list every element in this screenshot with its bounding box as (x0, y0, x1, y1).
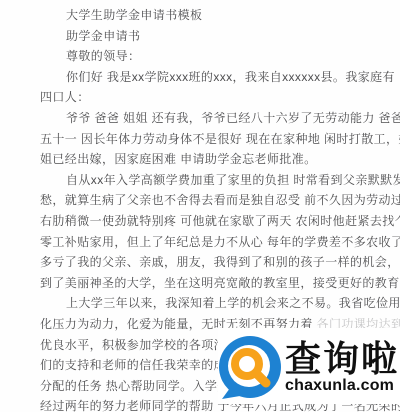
doc-line-text: 多亏了我的父亲、亲戚，朋友，我得到了和别的孩子一样的机会，来 (40, 255, 400, 269)
doc-line-text: 上大学三年以来，我深知着上学的机会来之不易。我省吃俭用， (66, 296, 400, 310)
watermark-brand-text: 查询啦 (285, 338, 399, 380)
doc-line: 尊敬的领导： (0, 46, 400, 67)
doc-line: 大学生助学金申请书模板 (0, 5, 400, 26)
doc-line-text: 尊敬的领导： (66, 49, 140, 63)
doc-line-text: 零工补贴家用，但上了年纪总是力不从心 每年的学费差不多农收了。 (40, 235, 400, 249)
chaxunla-magnifier-logo-icon (218, 336, 282, 400)
doc-line-text: 到了美丽神圣的大学，坐在这明亮宽敞的教室里，接受更好的教育。 (40, 276, 400, 290)
doc-line: 助学金申请书 (0, 26, 400, 47)
doc-line-text: 右肋稍微一使劲就特别疼 可他就在家歇了两天 农闲时他赶紧去找个 (40, 214, 400, 228)
doc-line-text: 大学生助学金申请书模板 (66, 8, 202, 22)
doc-line: 右肋稍微一使劲就特别疼 可他就在家歇了两天 农闲时他赶紧去找个 (0, 211, 400, 232)
doc-line-text: 四口人： (40, 90, 90, 104)
document-page: 大学生助学金申请书模板 助学金申请书 尊敬的领导： 你们好 我是xx学院xxx班… (0, 0, 400, 412)
watermark-domain-text: chaxunla.com (285, 377, 399, 394)
doc-line: 姐已经出嫁，因家庭困难 申请助学金忘老师批准。 (0, 149, 400, 170)
doc-line-text: 自从xx年入学高额学费加重了家里的负担 时常看到父亲默默发 (66, 173, 400, 187)
watermark-text-block: 查询啦 chaxunla.com (285, 338, 399, 394)
doc-line: 到了美丽神圣的大学，坐在这明亮宽敞的教室里，接受更好的教育。 (0, 273, 400, 294)
doc-line: 上大学三年以来，我深知着上学的机会来之不易。我省吃俭用， (0, 293, 400, 314)
doc-line: 五十一 因长年体力劳动身体不是很好 现在在家种地 闲时打散工，姐 (0, 129, 400, 150)
doc-line-text: 助学金申请书 (66, 29, 140, 43)
doc-line: 四口人： (0, 87, 400, 108)
doc-line: 自从xx年入学高额学费加重了家里的负担 时常看到父亲默默发 (0, 170, 400, 191)
doc-line: 多亏了我的父亲、亲戚，朋友，我得到了和别的孩子一样的机会，来 (0, 252, 400, 273)
doc-line: 愁，就算生病了父亲也不舍得去看而是独自忍受 前不久因为劳动过力 (0, 190, 400, 211)
doc-line-text: 你们好 我是xx学院xxx班的xxx，我来自xxxxxx县。我家庭有 (66, 70, 395, 84)
doc-line: 你们好 我是xx学院xxx班的xxx，我来自xxxxxx县。我家庭有 (0, 67, 400, 88)
doc-line: 零工补贴家用，但上了年纪总是力不从心 每年的学费差不多农收了。 (0, 232, 400, 253)
doc-line-text: 爷爷 爸爸 姐姐 还有我，爷爷已经八十六岁了无劳动能力 爸爸 (66, 111, 400, 125)
watermark: 查询啦 chaxunla.com (218, 328, 400, 404)
doc-line-text: 姐已经出嫁，因家庭困难 申请助学金忘老师批准。 (40, 152, 317, 166)
doc-line-text: 愁，就算生病了父亲也不舍得去看而是独自忍受 前不久因为劳动过力 (40, 193, 400, 207)
doc-line-text: 五十一 因长年体力劳动身体不是很好 现在在家种地 闲时打散工，姐 (40, 132, 400, 146)
doc-line: 爷爷 爸爸 姐姐 还有我，爷爷已经八十六岁了无劳动能力 爸爸 (0, 108, 400, 129)
